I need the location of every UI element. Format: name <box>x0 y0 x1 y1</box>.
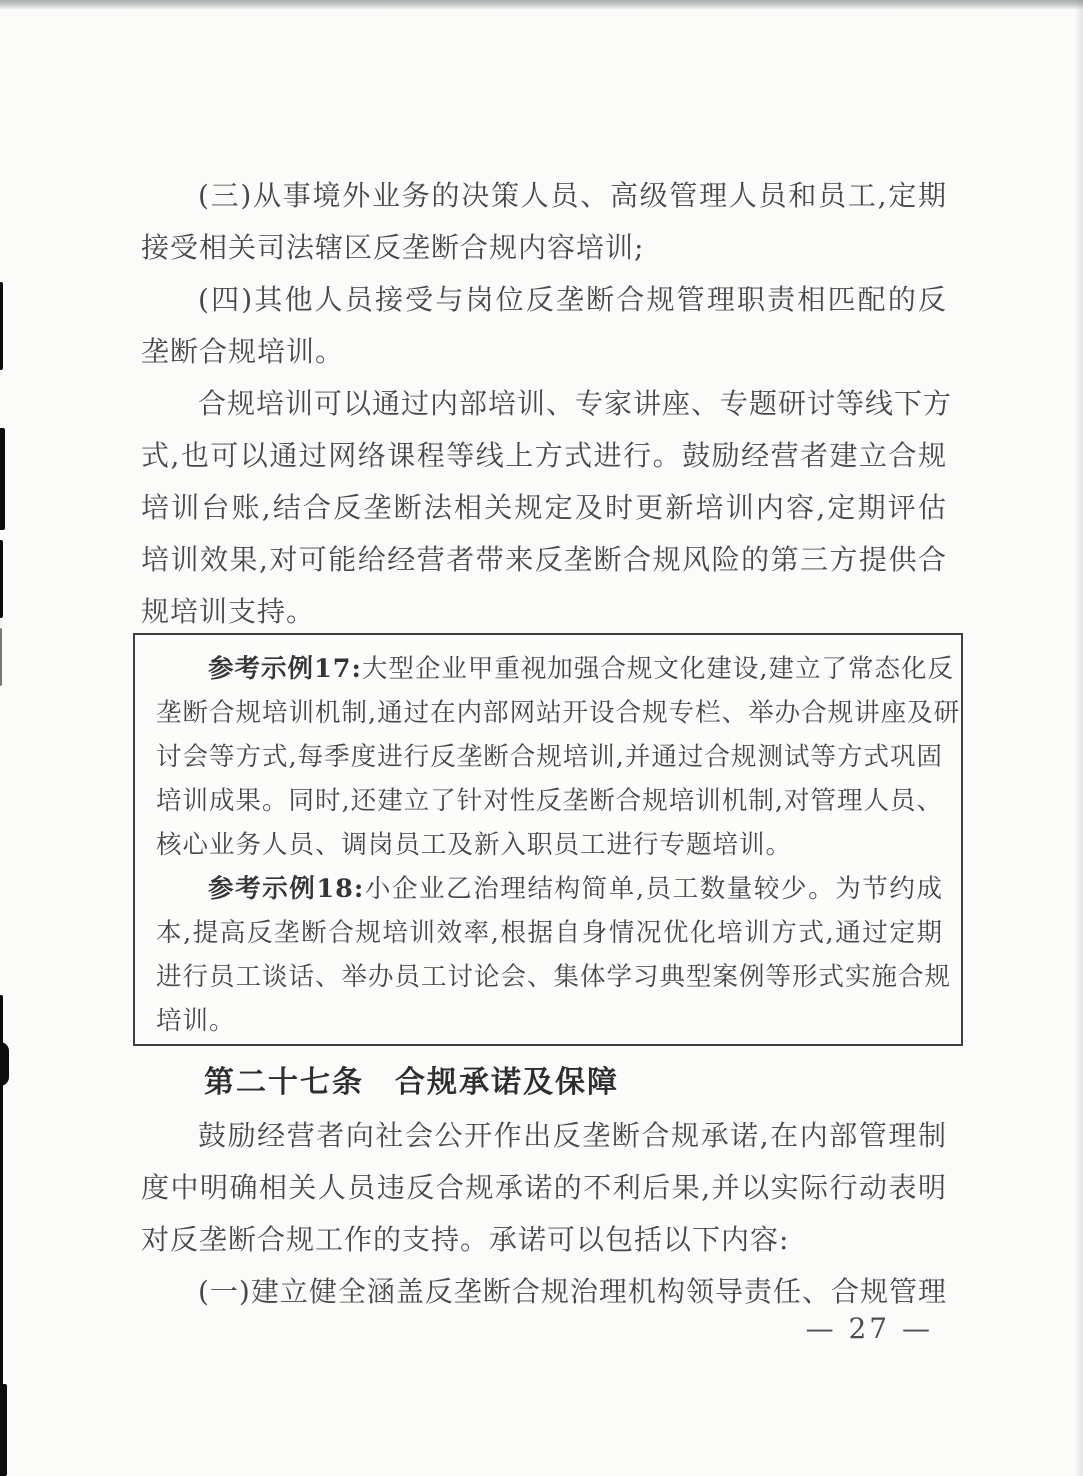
example-text: 小企业乙治理结构简单,员工数量较少。为节约成 <box>364 874 943 904</box>
text-line: 鼓励经营者向社会公开作出反垄断合规承诺,在内部管理制 <box>141 1110 947 1162</box>
text-line: 式,也可以通过网络课程等线上方式进行。鼓励经营者建立合规 <box>141 430 947 482</box>
text-line: 对反垄断合规工作的支持。承诺可以包括以下内容: <box>141 1214 947 1266</box>
text-line: 本,提高反垄断合规培训效率,根据自身情况优化培训方式,通过定期 <box>156 911 943 955</box>
scan-edge-right <box>1075 0 1083 1476</box>
article-heading: 第二十七条合规承诺及保障 <box>141 1056 947 1110</box>
page-number: — 27 — <box>806 1312 933 1345</box>
text-line: 接受相关司法辖区反垄断合规内容培训; <box>141 222 947 274</box>
text-line: 培训成果。同时,还建立了针对性反垄断合规培训机制,对管理人员、 <box>156 779 943 823</box>
example-text: 大型企业甲重视加强合规文化建设,建立了常态化反 <box>362 654 954 684</box>
text-line: (四)其他人员接受与岗位反垄断合规管理职责相匹配的反 <box>141 274 947 326</box>
text-line: (一)建立健全涵盖反垄断合规治理机构领导责任、合规管理 <box>141 1266 947 1318</box>
document-page: (三)从事境外业务的决策人员、高级管理人员和员工,定期 接受相关司法辖区反垄断合… <box>0 0 1083 1476</box>
text-line: 合规培训可以通过内部培训、专家讲座、专题研讨等线下方 <box>141 378 947 430</box>
text-line: 垄断合规培训机制,通过在内部网站开设合规专栏、举办合规讲座及研 <box>156 691 943 735</box>
example-box: 参考示例17:大型企业甲重视加强合规文化建设,建立了常态化反 垄断合规培训机制,… <box>133 633 963 1046</box>
scan-ink-mark <box>0 628 2 686</box>
example-label: 参考示例18: <box>208 874 364 904</box>
body-text-bottom: 第二十七条合规承诺及保障 鼓励经营者向社会公开作出反垄断合规承诺,在内部管理制 … <box>141 1056 947 1318</box>
text-line: 规培训支持。 <box>141 586 947 638</box>
article-number: 第二十七条 <box>204 1065 364 1100</box>
text-line: 垄断合规培训。 <box>141 326 947 378</box>
body-text-top: (三)从事境外业务的决策人员、高级管理人员和员工,定期 接受相关司法辖区反垄断合… <box>141 170 947 638</box>
text-line: 参考示例17:大型企业甲重视加强合规文化建设,建立了常态化反 <box>156 647 943 691</box>
text-line: 参考示例18:小企业乙治理结构简单,员工数量较少。为节约成 <box>156 867 943 911</box>
article-title: 合规承诺及保障 <box>395 1065 619 1100</box>
scan-ink-mark <box>0 282 3 370</box>
text-line: 培训效果,对可能给经营者带来反垄断合规风险的第三方提供合 <box>141 534 947 586</box>
text-line: 核心业务人员、调岗员工及新入职员工进行专题培训。 <box>156 823 943 867</box>
text-line: 培训台账,结合反垄断法相关规定及时更新培训内容,定期评估 <box>141 482 947 534</box>
example-label: 参考示例17: <box>208 654 362 684</box>
scan-ink-mark <box>0 1042 9 1086</box>
scan-ink-mark <box>0 540 3 618</box>
scan-ink-mark <box>0 1384 7 1476</box>
text-line: (三)从事境外业务的决策人员、高级管理人员和员工,定期 <box>141 170 947 222</box>
scan-edge-top <box>0 0 1083 10</box>
text-line: 度中明确相关人员违反合规承诺的不利后果,并以实际行动表明 <box>141 1162 947 1214</box>
scan-ink-mark <box>0 428 5 530</box>
text-line: 进行员工谈话、举办员工讨论会、集体学习典型案例等形式实施合规 <box>156 955 943 999</box>
text-line: 讨会等方式,每季度进行反垄断合规培训,并通过合规测试等方式巩固 <box>156 735 943 779</box>
text-line: 培训。 <box>156 999 943 1043</box>
